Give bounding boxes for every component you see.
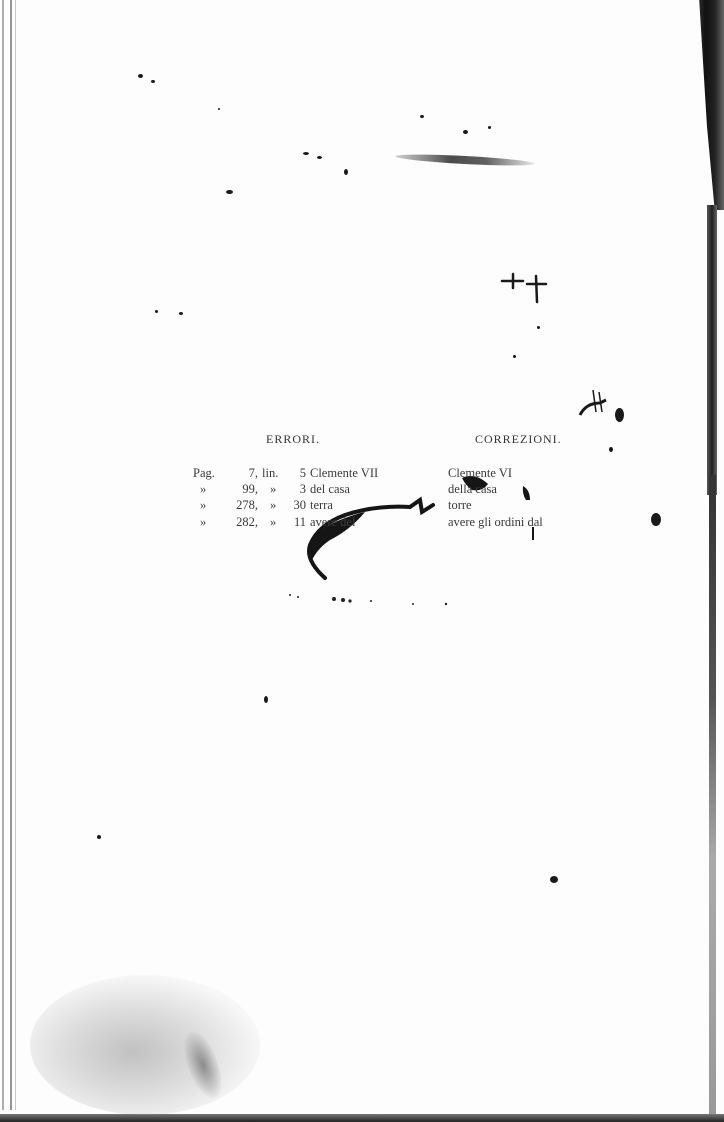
- line-label: »: [270, 481, 276, 497]
- corrections-heading: CORREZIONI.: [475, 432, 562, 447]
- line-number: 5: [282, 465, 306, 481]
- line-number: 3: [282, 481, 306, 497]
- page-number: 7,: [196, 465, 258, 481]
- line-label: lin.: [262, 465, 278, 481]
- page-number: 282,: [196, 514, 258, 530]
- line-label: »: [270, 497, 276, 513]
- page: ERRORI. CORREZIONI. Pag. 7, lin. 5 Cleme…: [0, 0, 724, 1122]
- error-text: terra: [310, 497, 333, 513]
- line-number: 30: [282, 497, 306, 513]
- error-text: del casa: [310, 481, 350, 497]
- error-text: avere del: [310, 514, 355, 530]
- error-text: Clemente VII: [310, 465, 378, 481]
- errors-heading: ERRORI.: [266, 432, 320, 447]
- correction-text: della casa: [448, 481, 497, 497]
- page-number: 278,: [196, 497, 258, 513]
- line-number: 11: [282, 514, 306, 530]
- correction-text: Clemente VI: [448, 465, 512, 481]
- page-number: 99,: [196, 481, 258, 497]
- line-label: »: [270, 514, 276, 530]
- cross-marks: [502, 274, 546, 302]
- correction-text: avere gli ordini dal: [448, 514, 543, 530]
- correction-text: torre: [448, 497, 472, 513]
- ink-marks-layer: [0, 0, 724, 1122]
